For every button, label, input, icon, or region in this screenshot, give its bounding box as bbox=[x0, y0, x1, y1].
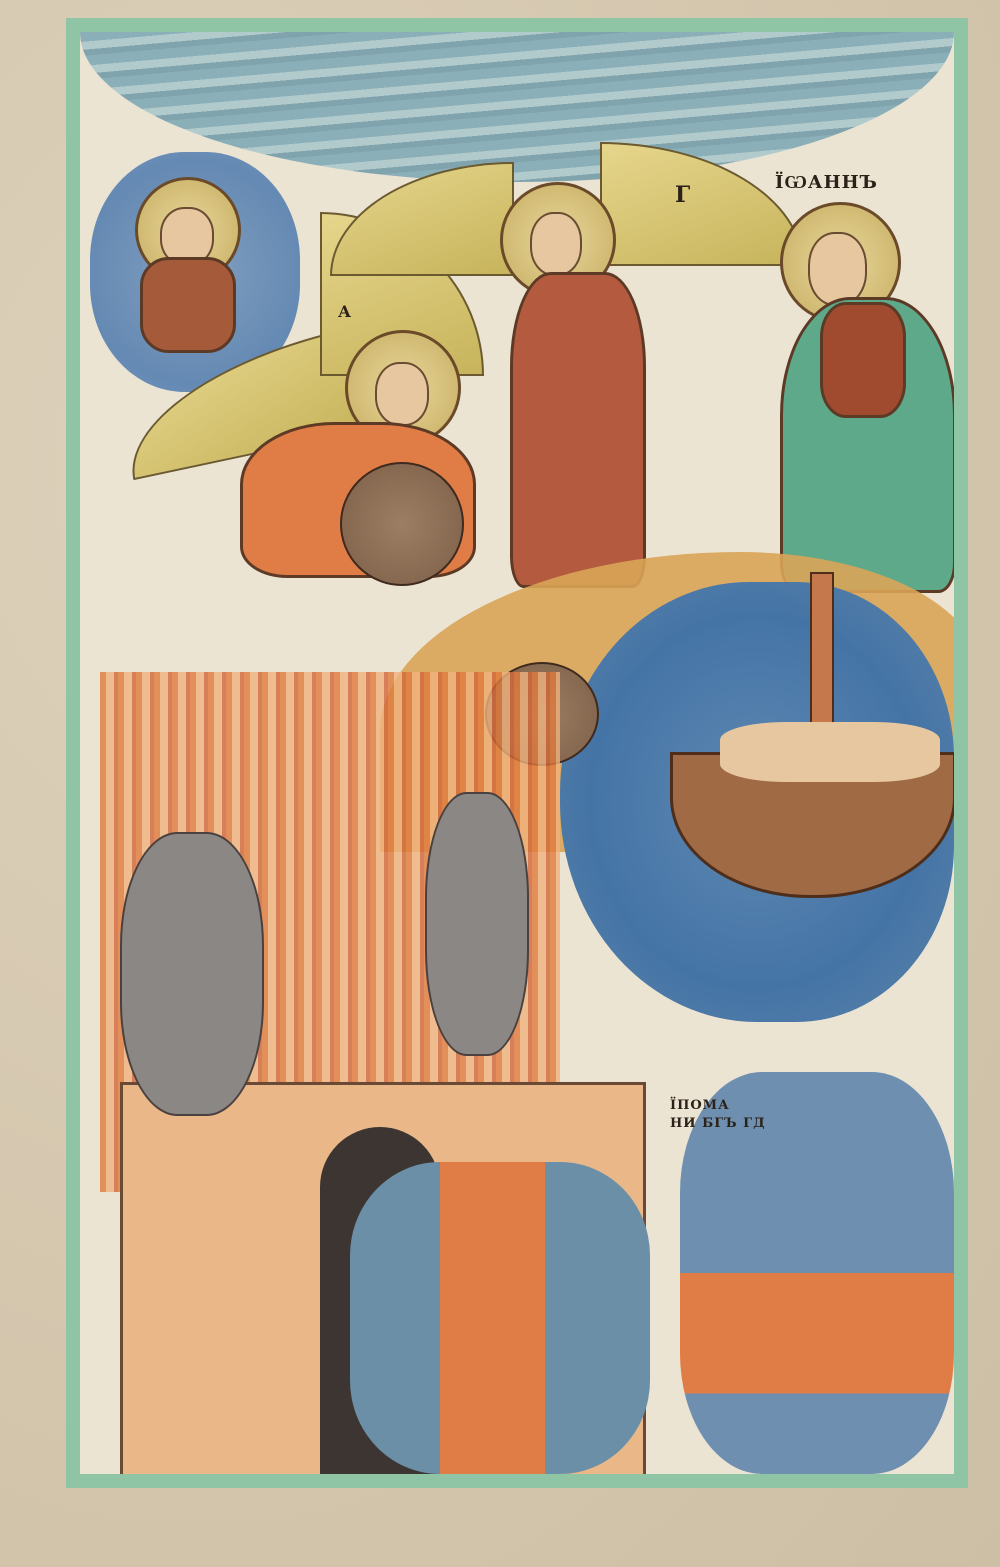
label-crowd-line2: НИ БГЪ ГД bbox=[670, 1115, 766, 1133]
demon-left bbox=[120, 832, 264, 1116]
saint-john-mantle bbox=[820, 302, 906, 418]
label-crowd-line1: ЇПОМА bbox=[670, 1097, 730, 1115]
cloud-figure-robe bbox=[140, 257, 236, 353]
saint-john-face bbox=[808, 232, 867, 306]
angel-left-face bbox=[375, 362, 429, 426]
label-saint-john: ЇѠАННЪ bbox=[775, 172, 878, 193]
people-fleeing-gate bbox=[350, 1162, 650, 1474]
angel-center-wing-left bbox=[330, 162, 514, 276]
demon-center bbox=[425, 792, 529, 1056]
angel-center-robe bbox=[510, 272, 646, 588]
ship-passengers bbox=[720, 722, 940, 782]
label-angel-left: А bbox=[338, 302, 352, 321]
label-angel-center: Г bbox=[675, 182, 691, 208]
illumination-panel: А Г ЇѠАННЪ ЇПОМА НИ БГЪ ГД bbox=[80, 32, 954, 1474]
angel-center-face bbox=[530, 212, 582, 276]
angel-center-wing-right bbox=[600, 142, 804, 266]
boulder-held bbox=[340, 462, 464, 586]
